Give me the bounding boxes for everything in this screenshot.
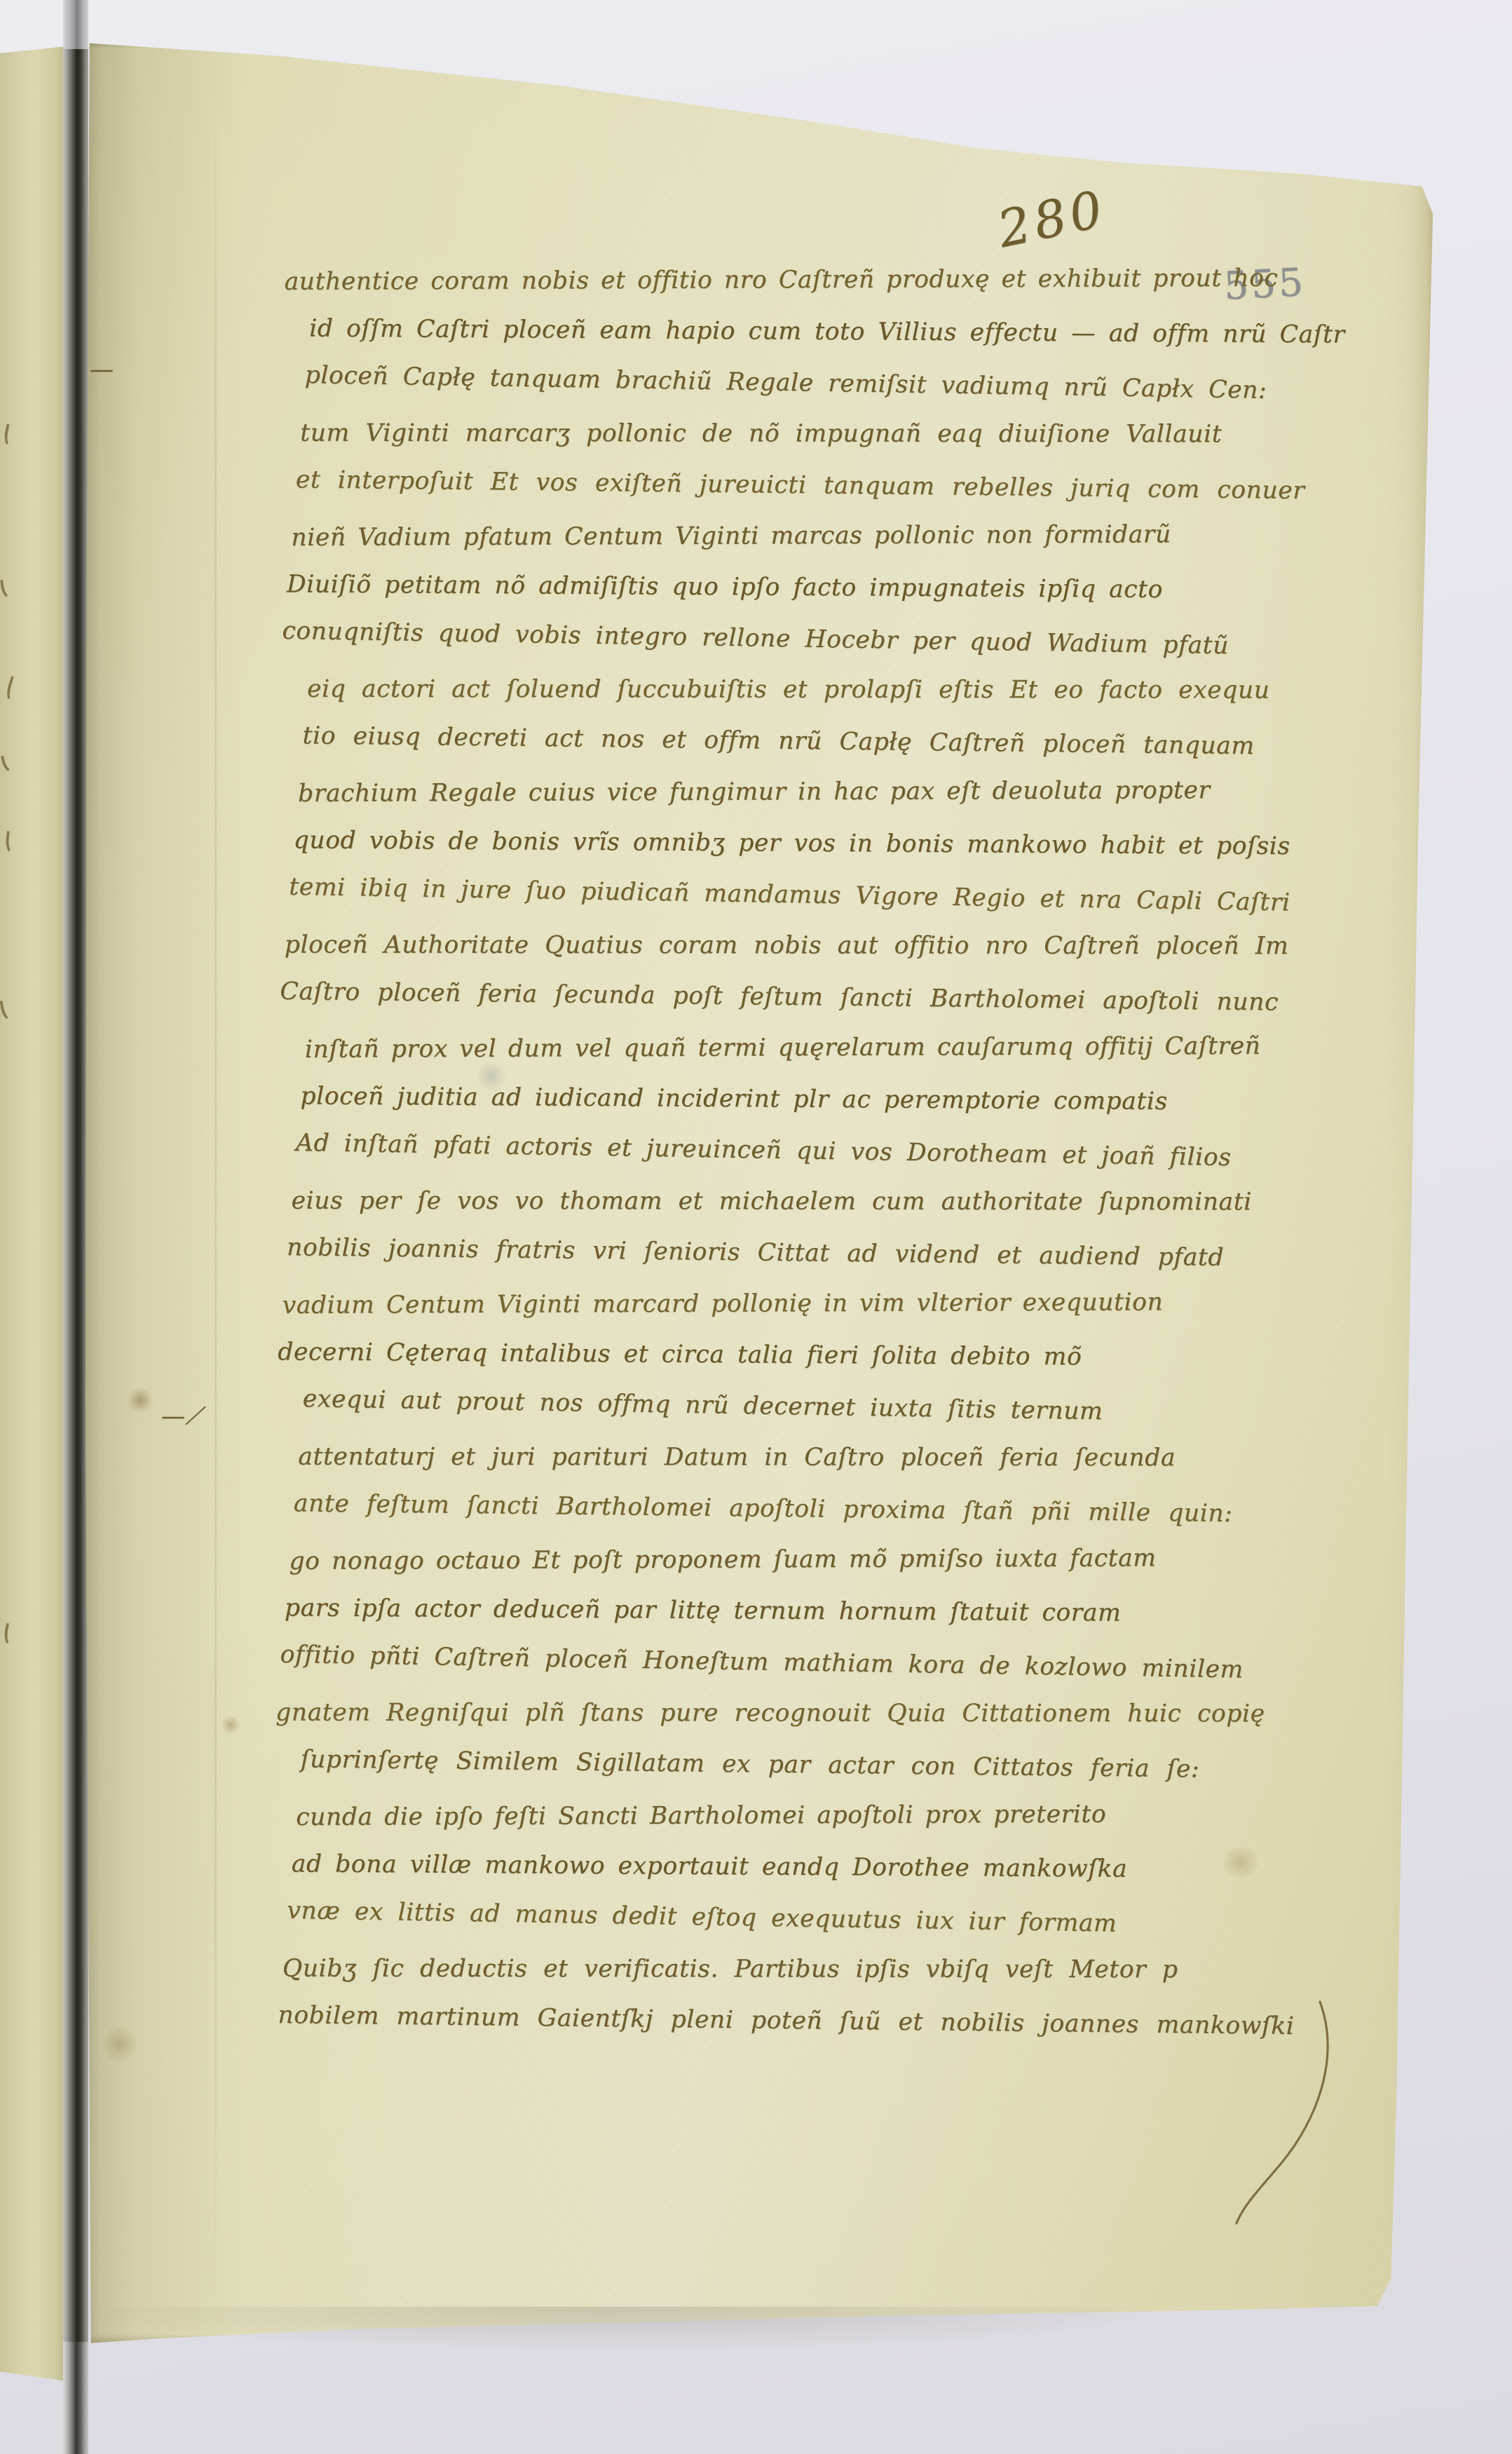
manuscript-line: conuqniſtis quod vobis integro rellone H… xyxy=(282,606,1227,672)
manuscript-line: ante feſtum ſancti Bartholomei apoſtoli … xyxy=(294,1478,1222,1540)
manuscript-page: 280 555 authentice coram nobis et offiti… xyxy=(83,39,1436,2345)
manuscript-line: go nonago octauo Et poſt proponem ſuam m… xyxy=(289,1533,1221,1587)
page-number-ink: 280 xyxy=(993,179,1112,259)
stain xyxy=(104,2023,136,2065)
manuscript-text: authentice coram nobis et offitio nro Ca… xyxy=(195,252,1230,2049)
margin-dash: — xyxy=(90,355,114,384)
manuscript-line: nieñ Vadium pfatum Centum Viginti marcas… xyxy=(291,509,1227,564)
manuscript-line: authentice coram nobis et offitio nro Ca… xyxy=(284,253,1229,308)
page-edge-stack xyxy=(1387,177,1436,2310)
stain xyxy=(1218,1848,1263,1877)
manuscript-line: vnæ ex littis ad manus dedit eſtoq exequ… xyxy=(287,1885,1220,1951)
manuscript-line: Caſtro ploceñ feria ſecunda poſt feſtum … xyxy=(280,966,1225,1028)
margin-dash: —⟋ xyxy=(161,1402,202,1430)
facing-page-edge xyxy=(0,46,66,2381)
manuscript-line: vadium Centum Viginti marcard pollonię i… xyxy=(282,1277,1223,1331)
manuscript-line: et interpoſuit Et vos exiſteñ jureuicti … xyxy=(295,454,1228,516)
manuscript-line: ſuprinſertę Similem Sigillatam ex par ac… xyxy=(300,1734,1220,1795)
ink-fragment xyxy=(4,831,19,855)
manuscript-line: exequi aut prout nos offmq nrũ decernet … xyxy=(302,1374,1222,1439)
ink-fragment xyxy=(2,1623,18,1648)
manuscript-line: gnatem Regniſqui plñ ſtans pure recognou… xyxy=(275,1688,1220,1740)
ink-fragment xyxy=(0,999,16,1023)
manuscript-line: tum Viginti marcarʒ pollonic de nõ impug… xyxy=(300,408,1228,461)
manuscript-line: temi ibiq in jure ſuo piudicañ mandamus … xyxy=(289,862,1226,928)
photo-frame: 280 555 authentice coram nobis et offiti… xyxy=(0,0,1512,2454)
manuscript-line: Ad inſtañ pfati actoris et jureuinceñ qu… xyxy=(296,1118,1225,1184)
manuscript-line: eiq actori act ſoluend ſuccubuiſtis et p… xyxy=(307,664,1227,717)
manuscript-line: Quibʒ ſic deductis et verificatis. Parti… xyxy=(282,1944,1219,1996)
ink-fragment xyxy=(2,423,19,449)
manuscript-line: tio eiusq decreti act nos et offm nrũ Ca… xyxy=(302,710,1227,771)
manuscript-line: attentaturj et juri parituri Datum in Ca… xyxy=(298,1432,1222,1484)
manuscript-line: eius per ſe vos vo thomam et michaelem c… xyxy=(292,1176,1224,1228)
stain xyxy=(126,1388,154,1412)
ink-fragment xyxy=(0,578,15,600)
manuscript-line: cunda die ipſo feſti Sancti Bartholomei … xyxy=(296,1789,1220,1843)
manuscript-line: nobilem martinum Gaientſkj pleni poteñ ſ… xyxy=(278,1990,1219,2052)
manuscript-line: ploceñ Authoritate Quatius coram nobis a… xyxy=(285,920,1225,972)
manuscript-line: nobilis joannis fratris vri ſenioris Cit… xyxy=(287,1222,1224,1284)
manuscript-line: ploceñ Capłę tanquam brachiũ Regale remi… xyxy=(304,350,1229,416)
manuscript-line: brachium Regale cuius vice fungimur in h… xyxy=(298,765,1226,820)
binding-rod xyxy=(63,0,88,2454)
manuscript-line: inſtañ prox vel dum vel quañ termi quęre… xyxy=(305,1021,1225,1076)
manuscript-line: offitio pñti Caſtreñ ploceñ Honeſtum mat… xyxy=(280,1629,1221,1695)
ink-fragment xyxy=(4,676,24,705)
ink-fragment xyxy=(1,753,18,775)
